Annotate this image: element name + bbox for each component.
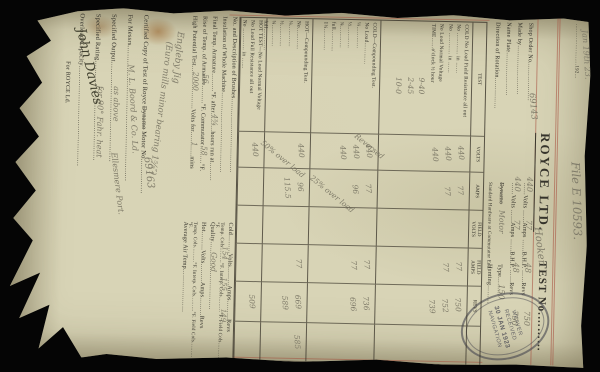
- cell: 440 440 440: [377, 135, 470, 173]
- cell-value: 669 589: [277, 282, 308, 323]
- direction-of-rotation-label: Direction of Rotation……………: [493, 22, 501, 109]
- cell: [262, 206, 309, 245]
- cell-value: 736 696: [345, 283, 376, 324]
- insulation-label: Insulation of Whole Machine…………………………………: [218, 16, 227, 172]
- hardware-note: Standard Hardware at Commutator End.: [485, 182, 492, 270]
- cell-value: 96 115.5: [279, 168, 310, 207]
- handwritten-note-1: Engleby Jig: [170, 31, 185, 84]
- row-label: COLD No Load Field Resistance all out No…: [427, 22, 472, 136]
- cell: [233, 322, 260, 362]
- handwritten-file-number: File E 10593.: [569, 162, 585, 240]
- col-header-volts: VOLTS: [469, 137, 484, 173]
- stamp-date: 30 JAN 1923: [492, 305, 510, 349]
- date-dotted-line: ……………………192…: [573, 24, 579, 79]
- cell: 96 115.5: [263, 168, 310, 207]
- col-header-revs: REVS: [466, 287, 481, 327]
- hot-summary-label: Hot………Volts………Amps………Revs: [198, 222, 206, 329]
- cell: [308, 207, 377, 246]
- spec2-bhp: 48: [511, 262, 520, 272]
- handwritten-date: Jan 19th 23.: [580, 30, 592, 80]
- cell: 440: [237, 132, 264, 169]
- cell-value: 77: [290, 245, 308, 283]
- dynamo-label-struck: Dynamo: [498, 182, 504, 204]
- shop-order-value: 69143: [527, 92, 539, 120]
- quality-value: Good: [209, 252, 218, 272]
- col-header-test: TEST: [470, 23, 486, 137]
- cell-value: 509: [244, 282, 262, 322]
- cell: 77 77: [375, 247, 468, 287]
- cell-value: 77 77: [438, 247, 469, 286]
- cell: [305, 323, 374, 363]
- cell-value: 440 440 440: [427, 135, 470, 173]
- row-label: HOT—Compounding Test. No………… ¼………… ½……………: [259, 18, 313, 132]
- spec-line-2: ……Volts ……Amps ……B.H.P. ……Revs: [508, 182, 516, 295]
- cell: 669 589: [260, 282, 307, 323]
- spec1-amps: 77: [524, 220, 533, 230]
- cell: 509: [234, 282, 261, 323]
- spec1-volts: 440: [525, 177, 534, 192]
- motor-handwritten: Motor: [497, 210, 506, 233]
- cell: [237, 168, 264, 207]
- cell: 77 96 25% over load: [309, 169, 378, 208]
- final-temp-label: Final Temp. Armature………°F. after………hours…: [208, 16, 217, 181]
- cell: 736 696: [306, 283, 375, 324]
- cell: 440 50% over load: [263, 132, 310, 169]
- col-header-field-volts: FIELD VOLTS: [468, 211, 483, 249]
- cell-value: 440: [247, 132, 265, 168]
- stamp-org-bottom: NAVIGATION: [486, 310, 502, 348]
- cell-value: 77 77: [346, 245, 377, 284]
- certified-label-a: Certified Copy of Test of Royce: [141, 15, 150, 105]
- cell: [236, 206, 263, 245]
- final-temp-hours-value: 4¾: [210, 114, 219, 126]
- cell-value: 77 96: [347, 169, 378, 208]
- row-label: COLD—Compounding Test. No Load………… ¼……………: [319, 19, 381, 133]
- cold-temps-values: 154 155 149: [219, 246, 229, 322]
- stamp-org-top: WEAVER: [510, 310, 522, 337]
- cell: [373, 325, 466, 366]
- test-sheet-paper: ……………………192… Jan 19th 23. File E 10593. …: [6, 4, 593, 368]
- cell-value: 77 77: [439, 171, 470, 210]
- cell: 585: [259, 322, 306, 362]
- col-header-blank: [465, 327, 480, 366]
- cell: [376, 209, 469, 249]
- handwritten-checker-signature: Hooker: [532, 227, 547, 266]
- for-royce-label: For ROYCE Ld.: [64, 61, 71, 104]
- cell-value: 750 752 739: [424, 285, 468, 327]
- rise-armature-value: 56: [201, 74, 210, 84]
- cell: 750 752 739: [374, 285, 467, 327]
- scanner-background: ……………………192… Jan 19th 23. File E 10593. …: [0, 0, 600, 372]
- dynamo-struck: Dynamo: [140, 106, 147, 130]
- cell-value: 585: [289, 323, 307, 362]
- stamp-received: RECEIVED: [502, 309, 516, 341]
- cell: [235, 244, 262, 283]
- handwritten-times: 9-40 2-45 10-0: [393, 77, 427, 95]
- spec2-amps: 77: [512, 219, 521, 229]
- cell: 77: [261, 244, 308, 283]
- spec1-bhp: 48: [523, 263, 532, 273]
- spec-line-1: ……Volts ……Amps ……B.H.P. ……Revs: [520, 183, 528, 296]
- shop-order-label: Shop Order No.………………: [526, 23, 534, 101]
- row-cold-compounding: COLD—Compounding Test. No Load………… ¼……………: [310, 19, 380, 134]
- specified-output-value: as above: [111, 86, 121, 122]
- high-potential-volts-value: 2000: [191, 72, 200, 91]
- row-hot-compounding: HOT—Compounding Test. No………… ¼………… ½……………: [264, 18, 312, 133]
- company-title: ROYCE LTD.: [533, 133, 553, 232]
- row-hot-test: HOT TEST—No Load Normal Voltage No Load …: [238, 18, 266, 133]
- rise-commutator-value: 58: [200, 146, 209, 156]
- high-potential-mins-value: 1: [190, 142, 199, 147]
- cell: 440 440 440 Reversed: [309, 133, 378, 170]
- col-header-field-amps: FIELD AMPS: [467, 249, 482, 287]
- row-cold-noload: COLD No Load Field Resistance all out No…: [378, 21, 472, 137]
- made-by-label: Made by……………………: [515, 22, 523, 94]
- spec2-volts: 440: [513, 176, 522, 191]
- row-label: HOT TEST—No Load Normal Voltage No Load …: [238, 18, 267, 132]
- name-plate-label: Name Plate…………………: [504, 22, 512, 95]
- cell: 77 77: [377, 171, 470, 211]
- test-results-table: TEST VOLTS AMPS FIELD VOLTS FIELD AMPS R…: [232, 17, 487, 367]
- cell: 77 77: [307, 245, 376, 284]
- col-header-amps: AMPS: [469, 173, 484, 211]
